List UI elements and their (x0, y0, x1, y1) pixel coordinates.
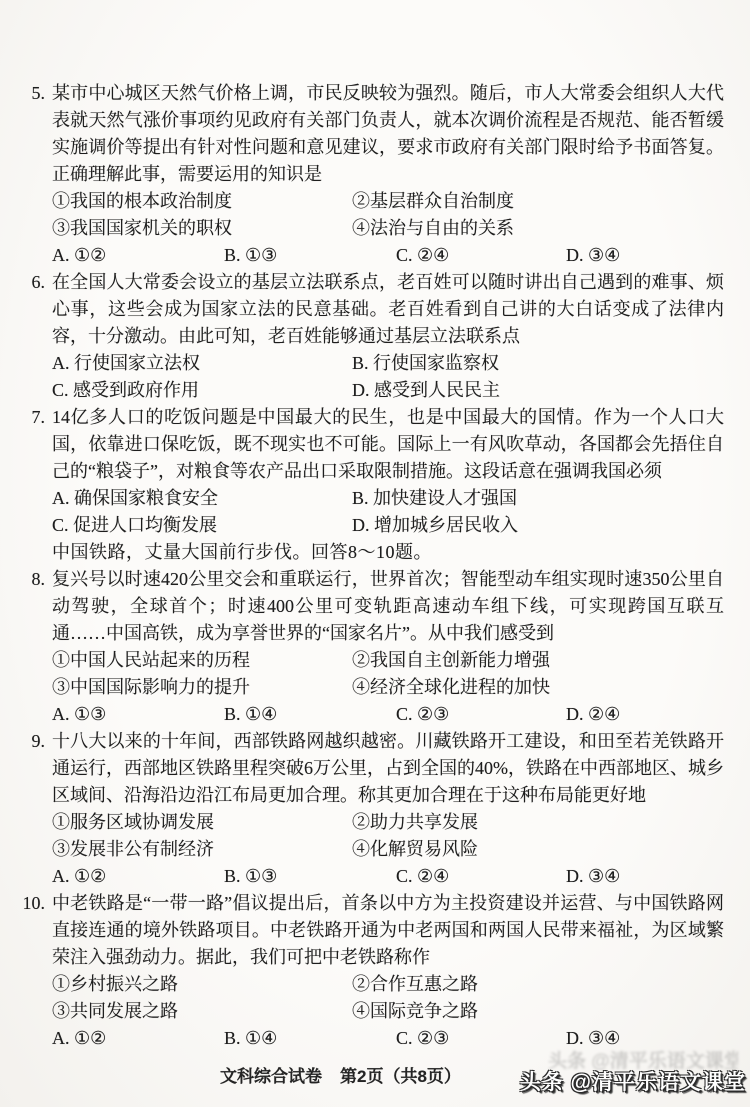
paper-title: 文科综合试卷 (220, 1062, 322, 1087)
item-option-1: ①乡村振兴之路 (52, 971, 352, 998)
choice-a: A. ①② (52, 1025, 224, 1052)
choice-d: D. ③④ (566, 242, 724, 269)
section-note: 中国铁路，丈量大国前行步伐。回答8～10题。 (52, 539, 724, 566)
choice-c: C. ②④ (396, 242, 566, 269)
answer-choices: A. 行使国家立法权 B. 行使国家监察权 C. 感受到政府作用 D. 感受到人… (52, 350, 724, 404)
question-stem: 十八大以来的十年间，西部铁路网越织越密。川藏铁路开工建设，和田至若羌铁路开通运行… (52, 728, 724, 809)
choice-d: D. 增加城乡居民收入 (352, 512, 724, 539)
item-option-4: ④国际竞争之路 (352, 998, 724, 1025)
item-option-1: ①服务区域协调发展 (52, 809, 352, 836)
choice-a: A. ①② (52, 863, 224, 890)
exam-paper-page: 5. 某市中心城区天然气价格上调，市民反映较为强烈。随后，市人大常委会组织人大代… (0, 0, 750, 1107)
watermark: 头条 @清平乐语文课堂 (520, 1066, 746, 1096)
item-option-2: ②合作互惠之路 (352, 971, 724, 998)
choice-b: B. ①④ (224, 701, 396, 728)
choice-a: A. ①② (52, 242, 224, 269)
choice-b: B. 加快建设人才强国 (352, 485, 724, 512)
choice-a: A. 行使国家立法权 (52, 350, 352, 377)
item-option-4: ④经济全球化进程的加快 (352, 674, 724, 701)
choice-c: C. ②④ (396, 863, 566, 890)
question-stem: 在全国人大常委会设立的基层立法联系点，老百姓可以随时讲出自己遇到的难事、烦心事，… (52, 269, 724, 350)
question-number: 5. (16, 80, 52, 269)
item-option-2: ②基层群众自治制度 (352, 188, 724, 215)
item-option-2: ②助力共享发展 (352, 809, 724, 836)
choice-d: D. 感受到人民民主 (352, 377, 724, 404)
question-items: ①我国的根本政治制度 ②基层群众自治制度 ③我国国家机关的职权 ④法治与自由的关… (52, 188, 724, 242)
question-items: ①乡村振兴之路 ②合作互惠之路 ③共同发展之路 ④国际竞争之路 (52, 971, 724, 1025)
question-number: 6. (16, 269, 52, 404)
item-option-2: ②我国自主创新能力增强 (352, 647, 724, 674)
choice-b: B. ①③ (224, 863, 396, 890)
page-number: 第2页（共8页） (340, 1062, 461, 1087)
question-7: 7. 14亿多人口的吃饭问题是中国最大的民生，也是中国最大的国情。作为一个人口大… (16, 404, 724, 539)
choice-c: C. 促进人口均衡发展 (52, 512, 352, 539)
item-option-3: ③发展非公有制经济 (52, 836, 352, 863)
item-option-1: ①我国的根本政治制度 (52, 188, 352, 215)
question-stem: 某市中心城区天然气价格上调，市民反映较为强烈。随后，市人大常委会组织人大代表就天… (52, 80, 724, 188)
question-number: 9. (16, 728, 52, 890)
question-stem: 复兴号以时速420公里交会和重联运行，世界首次；智能型动车组实现时速350公里自… (52, 566, 724, 647)
choice-c: C. ②③ (396, 1025, 566, 1052)
page-footer: 文科综合试卷 第2页（共8页） (220, 1062, 461, 1087)
choice-a: A. ①③ (52, 701, 224, 728)
choice-a: A. 确保国家粮食安全 (52, 485, 352, 512)
answer-choices: A. ①② B. ①③ C. ②④ D. ③④ (52, 863, 724, 890)
item-option-3: ③共同发展之路 (52, 998, 352, 1025)
question-items: ①服务区域协调发展 ②助力共享发展 ③发展非公有制经济 ④化解贸易风险 (52, 809, 724, 863)
choice-b: B. ①④ (224, 1025, 396, 1052)
question-number: 10. (16, 890, 52, 1052)
question-5: 5. 某市中心城区天然气价格上调，市民反映较为强烈。随后，市人大常委会组织人大代… (16, 80, 724, 269)
item-option-3: ③我国国家机关的职权 (52, 215, 352, 242)
answer-choices: A. 确保国家粮食安全 B. 加快建设人才强国 C. 促进人口均衡发展 D. 增… (52, 485, 724, 539)
answer-choices: A. ①② B. ①③ C. ②④ D. ③④ (52, 242, 724, 269)
question-number: 8. (16, 566, 52, 728)
question-10: 10. 中老铁路是“一带一路”倡议提出后，首条以中方为主投资建设并运营、与中国铁… (16, 890, 724, 1052)
item-option-4: ④化解贸易风险 (352, 836, 724, 863)
questions-area: 5. 某市中心城区天然气价格上调，市民反映较为强烈。随后，市人大常委会组织人大代… (16, 80, 724, 1052)
choice-b: B. ①③ (224, 242, 396, 269)
item-option-1: ①中国人民站起来的历程 (52, 647, 352, 674)
choice-c: C. ②③ (396, 701, 566, 728)
choice-b: B. 行使国家监察权 (352, 350, 724, 377)
choice-d: D. ②④ (566, 701, 724, 728)
question-number: 7. (16, 404, 52, 539)
question-6: 6. 在全国人大常委会设立的基层立法联系点，老百姓可以随时讲出自己遇到的难事、烦… (16, 269, 724, 404)
question-stem: 中老铁路是“一带一路”倡议提出后，首条以中方为主投资建设并运营、与中国铁路网直接… (52, 890, 724, 971)
question-items: ①中国人民站起来的历程 ②我国自主创新能力增强 ③中国国际影响力的提升 ④经济全… (52, 647, 724, 701)
question-9: 9. 十八大以来的十年间，西部铁路网越织越密。川藏铁路开工建设，和田至若羌铁路开… (16, 728, 724, 890)
choice-d: D. ③④ (566, 863, 724, 890)
choice-c: C. 感受到政府作用 (52, 377, 352, 404)
item-option-3: ③中国国际影响力的提升 (52, 674, 352, 701)
item-option-4: ④法治与自由的关系 (352, 215, 724, 242)
question-8: 8. 复兴号以时速420公里交会和重联运行，世界首次；智能型动车组实现时速350… (16, 566, 724, 728)
answer-choices: A. ①③ B. ①④ C. ②③ D. ②④ (52, 701, 724, 728)
question-stem: 14亿多人口的吃饭问题是中国最大的民生，也是中国最大的国情。作为一个人口大国，依… (52, 404, 724, 485)
